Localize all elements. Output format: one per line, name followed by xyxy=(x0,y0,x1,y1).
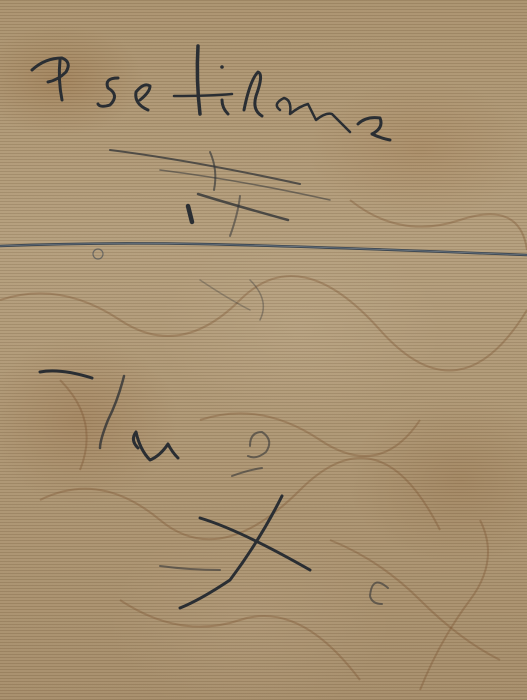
hanging-wire xyxy=(0,243,527,255)
pencil-inscriptions xyxy=(0,0,527,700)
canvas-back-photo: Psetilana 17 Tuyzc xyxy=(0,0,527,700)
